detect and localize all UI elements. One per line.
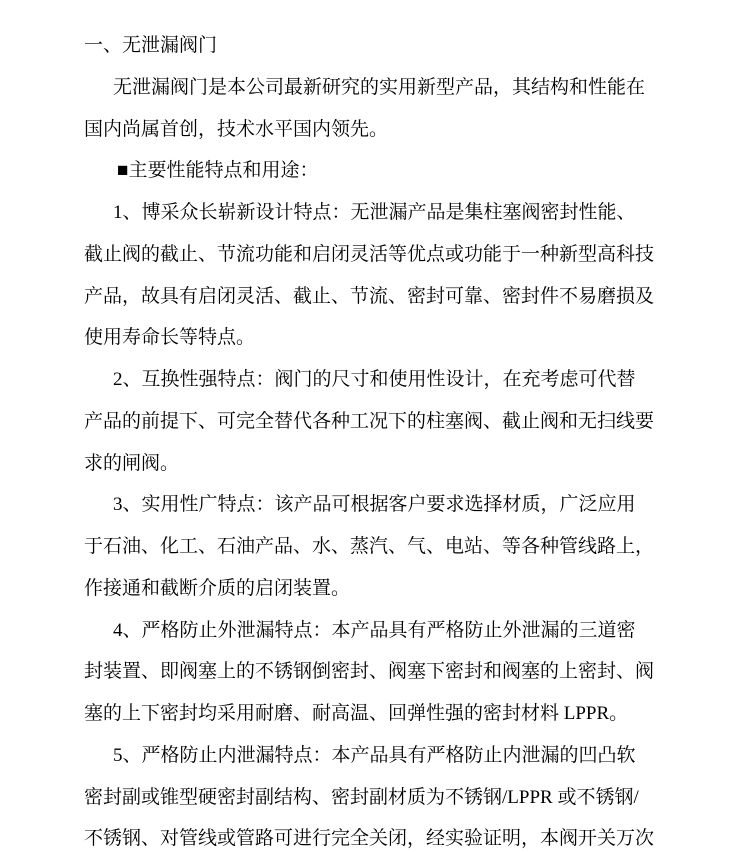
list-item-1-line: 1、博采众长崭新设计特点：无泄漏产品是集柱塞阀密封性能、: [84, 192, 658, 234]
document-page: 一、无泄漏阀门 无泄漏阀门是本公司最新研究的实用新型产品，其结构和性能在 国内尚…: [0, 0, 732, 852]
section-heading: 一、无泄漏阀门: [84, 25, 658, 67]
document-line: 于石油、化工、石油产品、水、蒸汽、气、电站、等各种管线路上，: [84, 526, 658, 568]
list-item-4-line: 4、严格防止外泄漏特点：本产品具有严格防止外泄漏的三道密: [84, 610, 658, 652]
document-line: 产品，故具有启闭灵活、截止、节流、密封可靠、密封件不易磨损及: [84, 276, 658, 318]
document-line: 截止阀的截止、节流功能和启闭灵活等优点或功能于一种新型高科技: [84, 234, 658, 276]
document-line: 国内尚属首创，技术水平国内领先。: [84, 109, 658, 151]
document-line: 密封副或锥型硬密封副结构、密封副材质为不锈钢/LPPR 或不锈钢/: [84, 777, 658, 819]
document-line: 无泄漏阀门是本公司最新研究的实用新型产品，其结构和性能在: [84, 67, 658, 109]
document-line: 塞的上下密封均采用耐磨、耐高温、回弹性强的密封材料 LPPR。: [84, 693, 658, 735]
document-line: 不锈钢、对管线或管路可进行完全关闭，经实验证明，本阀开关万次: [84, 818, 658, 852]
bullet-subheading: ■主要性能特点和用途：: [84, 150, 658, 192]
document-line: 作接通和截断介质的启闭装置。: [84, 568, 658, 610]
document-line: 求的闸阀。: [84, 443, 658, 485]
document-line: 封装置、即阀塞上的不锈钢倒密封、阀塞下密封和阀塞的上密封、阀: [84, 651, 658, 693]
list-item-5-line: 5、严格防止内泄漏特点：本产品具有严格防止内泄漏的凹凸软: [84, 735, 658, 777]
list-item-2-line: 2、互换性强特点：阀门的尺寸和使用性设计，在充考虑可代替: [84, 359, 658, 401]
document-line: 使用寿命长等特点。: [84, 317, 658, 359]
document-line: 产品的前提下、可完全替代各种工况下的柱塞阀、截止阀和无扫线要: [84, 401, 658, 443]
list-item-3-line: 3、实用性广特点：该产品可根据客户要求选择材质，广泛应用: [84, 484, 658, 526]
